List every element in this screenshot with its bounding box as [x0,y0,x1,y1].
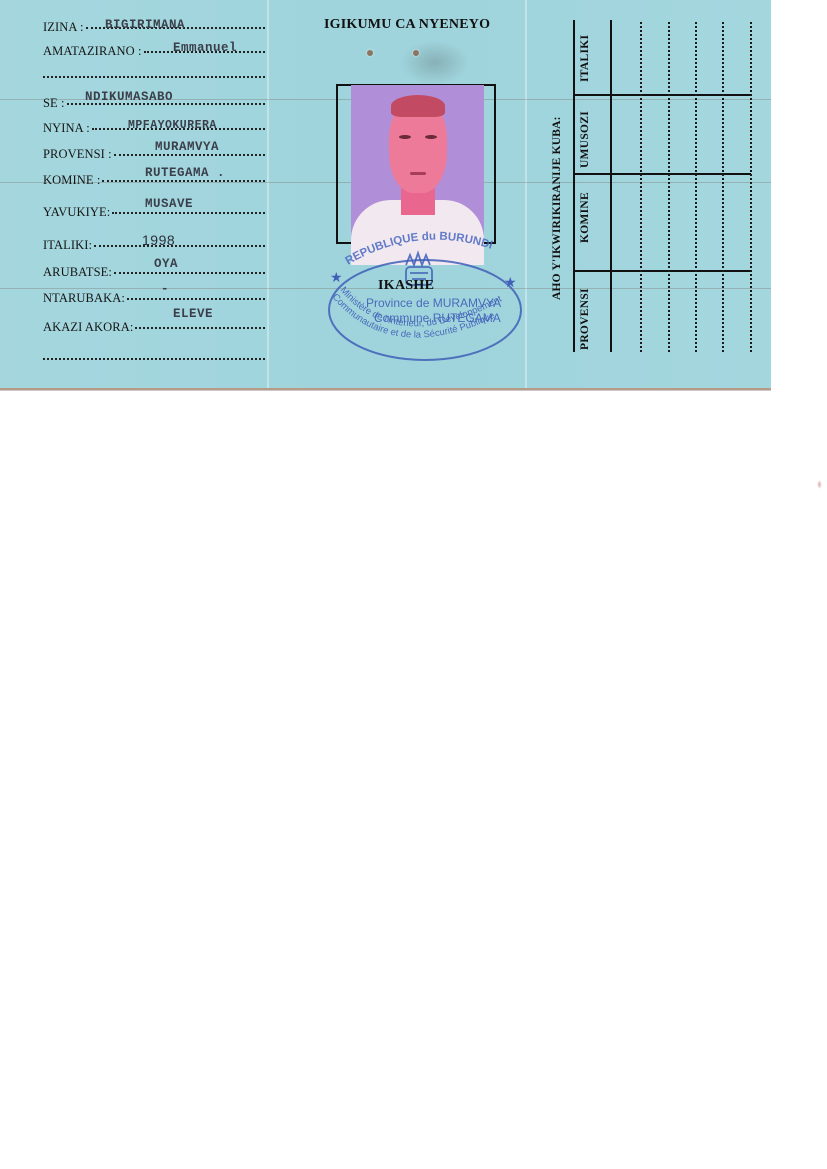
staple-hole [413,50,419,56]
field-komine: KOMINE : RUTEGAMA . [43,173,265,188]
dotted-column [640,22,642,352]
field-label: SE : [43,96,65,111]
field-se: SE : NDIKUMASABO [43,96,265,111]
field-value: 1998 [142,232,175,248]
field-label: AMATAZIRANO : [43,44,142,59]
dotted-column [750,22,752,352]
field-value: MUSAVE [145,197,193,211]
column-header-komine: KOMINE [579,192,591,243]
field-value: BIGIRIMANA [105,18,185,32]
svg-text:REPUBLIQUE du BURUNDI: REPUBLIQUE du BURUNDI [344,231,494,268]
field-value: MURAMVYA [155,140,219,154]
dotted-line [94,245,265,247]
blank-dotted-line [43,358,265,360]
column-header-provensi: PROVENSI [579,288,591,350]
field-label: ARUBATSE: [43,265,112,280]
blank-dotted-line [43,76,265,78]
column-header-umusozi: UMUSOZI [579,111,591,168]
column-header-italiki: ITALIKI [579,35,591,82]
field-nyina: NYINA : MPFAYOKURERA [43,121,265,136]
fingerprint-mark [400,40,470,85]
field-ntarubaka: NTARUBAKA: - [43,291,265,306]
residence-heading: AHO Y'IKWIRIKIRANIJE KUBA: [551,116,563,300]
table-row-divider [573,173,751,175]
field-value: MPFAYOKURERA [128,119,217,132]
dotted-line [127,298,265,300]
field-value: OYA [154,257,178,271]
field-yavukiye: YAVUKIYE: MUSAVE [43,205,265,220]
table-border [610,20,612,352]
svg-text:★: ★ [504,274,517,290]
id-card: IZINA : BIGIRIMANA AMATAZIRANO : Emmanue… [0,0,771,390]
field-value: ELEVE [173,307,213,321]
dotted-line [114,272,265,274]
dotted-line [102,180,265,182]
field-value: RUTEGAMA . [145,166,225,180]
official-stamp: REPUBLIQUE du BURUNDI ★ ★ Province de MU… [318,225,528,365]
field-amatazirano: AMATAZIRANO : Emmanuel [43,44,265,59]
field-label: ITALIKI: [43,238,92,253]
field-provensi: PROVENSI : MURAMVYA [43,147,265,162]
scan-artifact [817,480,822,489]
dotted-line [114,154,265,156]
fingerprint-title: IGIKUMU CA NYENEYO [324,17,490,33]
field-label: PROVENSI : [43,147,112,162]
field-value: NDIKUMASABO [85,90,173,104]
field-izina: IZINA : BIGIRIMANA [43,20,265,35]
dotted-line [112,212,265,214]
stamp-label: IKASHE [378,278,434,294]
field-label: IZINA : [43,20,84,35]
dotted-column [722,22,724,352]
table-row-divider [573,270,751,272]
svg-text:★: ★ [330,269,343,285]
field-akazi-akora: AKAZI AKORA: ELEVE [43,320,265,335]
staple-hole [367,50,373,56]
table-row-divider [573,94,751,96]
field-label: AKAZI AKORA: [43,320,133,335]
dotted-column [668,22,670,352]
field-value: - [161,282,169,296]
dotted-column [695,22,697,352]
field-label: KOMINE : [43,173,100,188]
field-label: NTARUBAKA: [43,291,125,306]
field-italiki: ITALIKI: 1998 [43,238,265,253]
table-border [573,20,575,352]
field-label: YAVUKIYE: [43,205,110,220]
field-label: NYINA : [43,121,90,136]
field-value: Emmanuel [173,41,237,55]
dotted-line [135,327,265,329]
field-arubatse: ARUBATSE: OYA [43,265,265,280]
personal-details-panel: IZINA : BIGIRIMANA AMATAZIRANO : Emmanue… [0,0,268,388]
